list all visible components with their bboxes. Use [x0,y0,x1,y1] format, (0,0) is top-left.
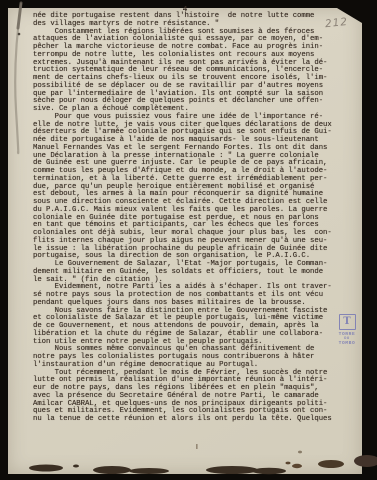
document-lines: née dite portugaise restent dans l'histo… [33,13,352,424]
torre-do-tombo-stamp: T TORRE DO TOMBO [334,314,360,346]
stamp-letter: T [343,317,350,327]
paper-sheet: 4 212 née dite portugaise restent dans l… [8,8,362,474]
scanned-document-page: { "page": { "number": "4", "handwritten_… [0,0,377,480]
stamp-text-line: TOMBO [334,341,360,346]
stamp-emblem-icon: T [339,314,356,330]
text-line: nu la tenue de cette réunion et alors il… [33,416,352,424]
